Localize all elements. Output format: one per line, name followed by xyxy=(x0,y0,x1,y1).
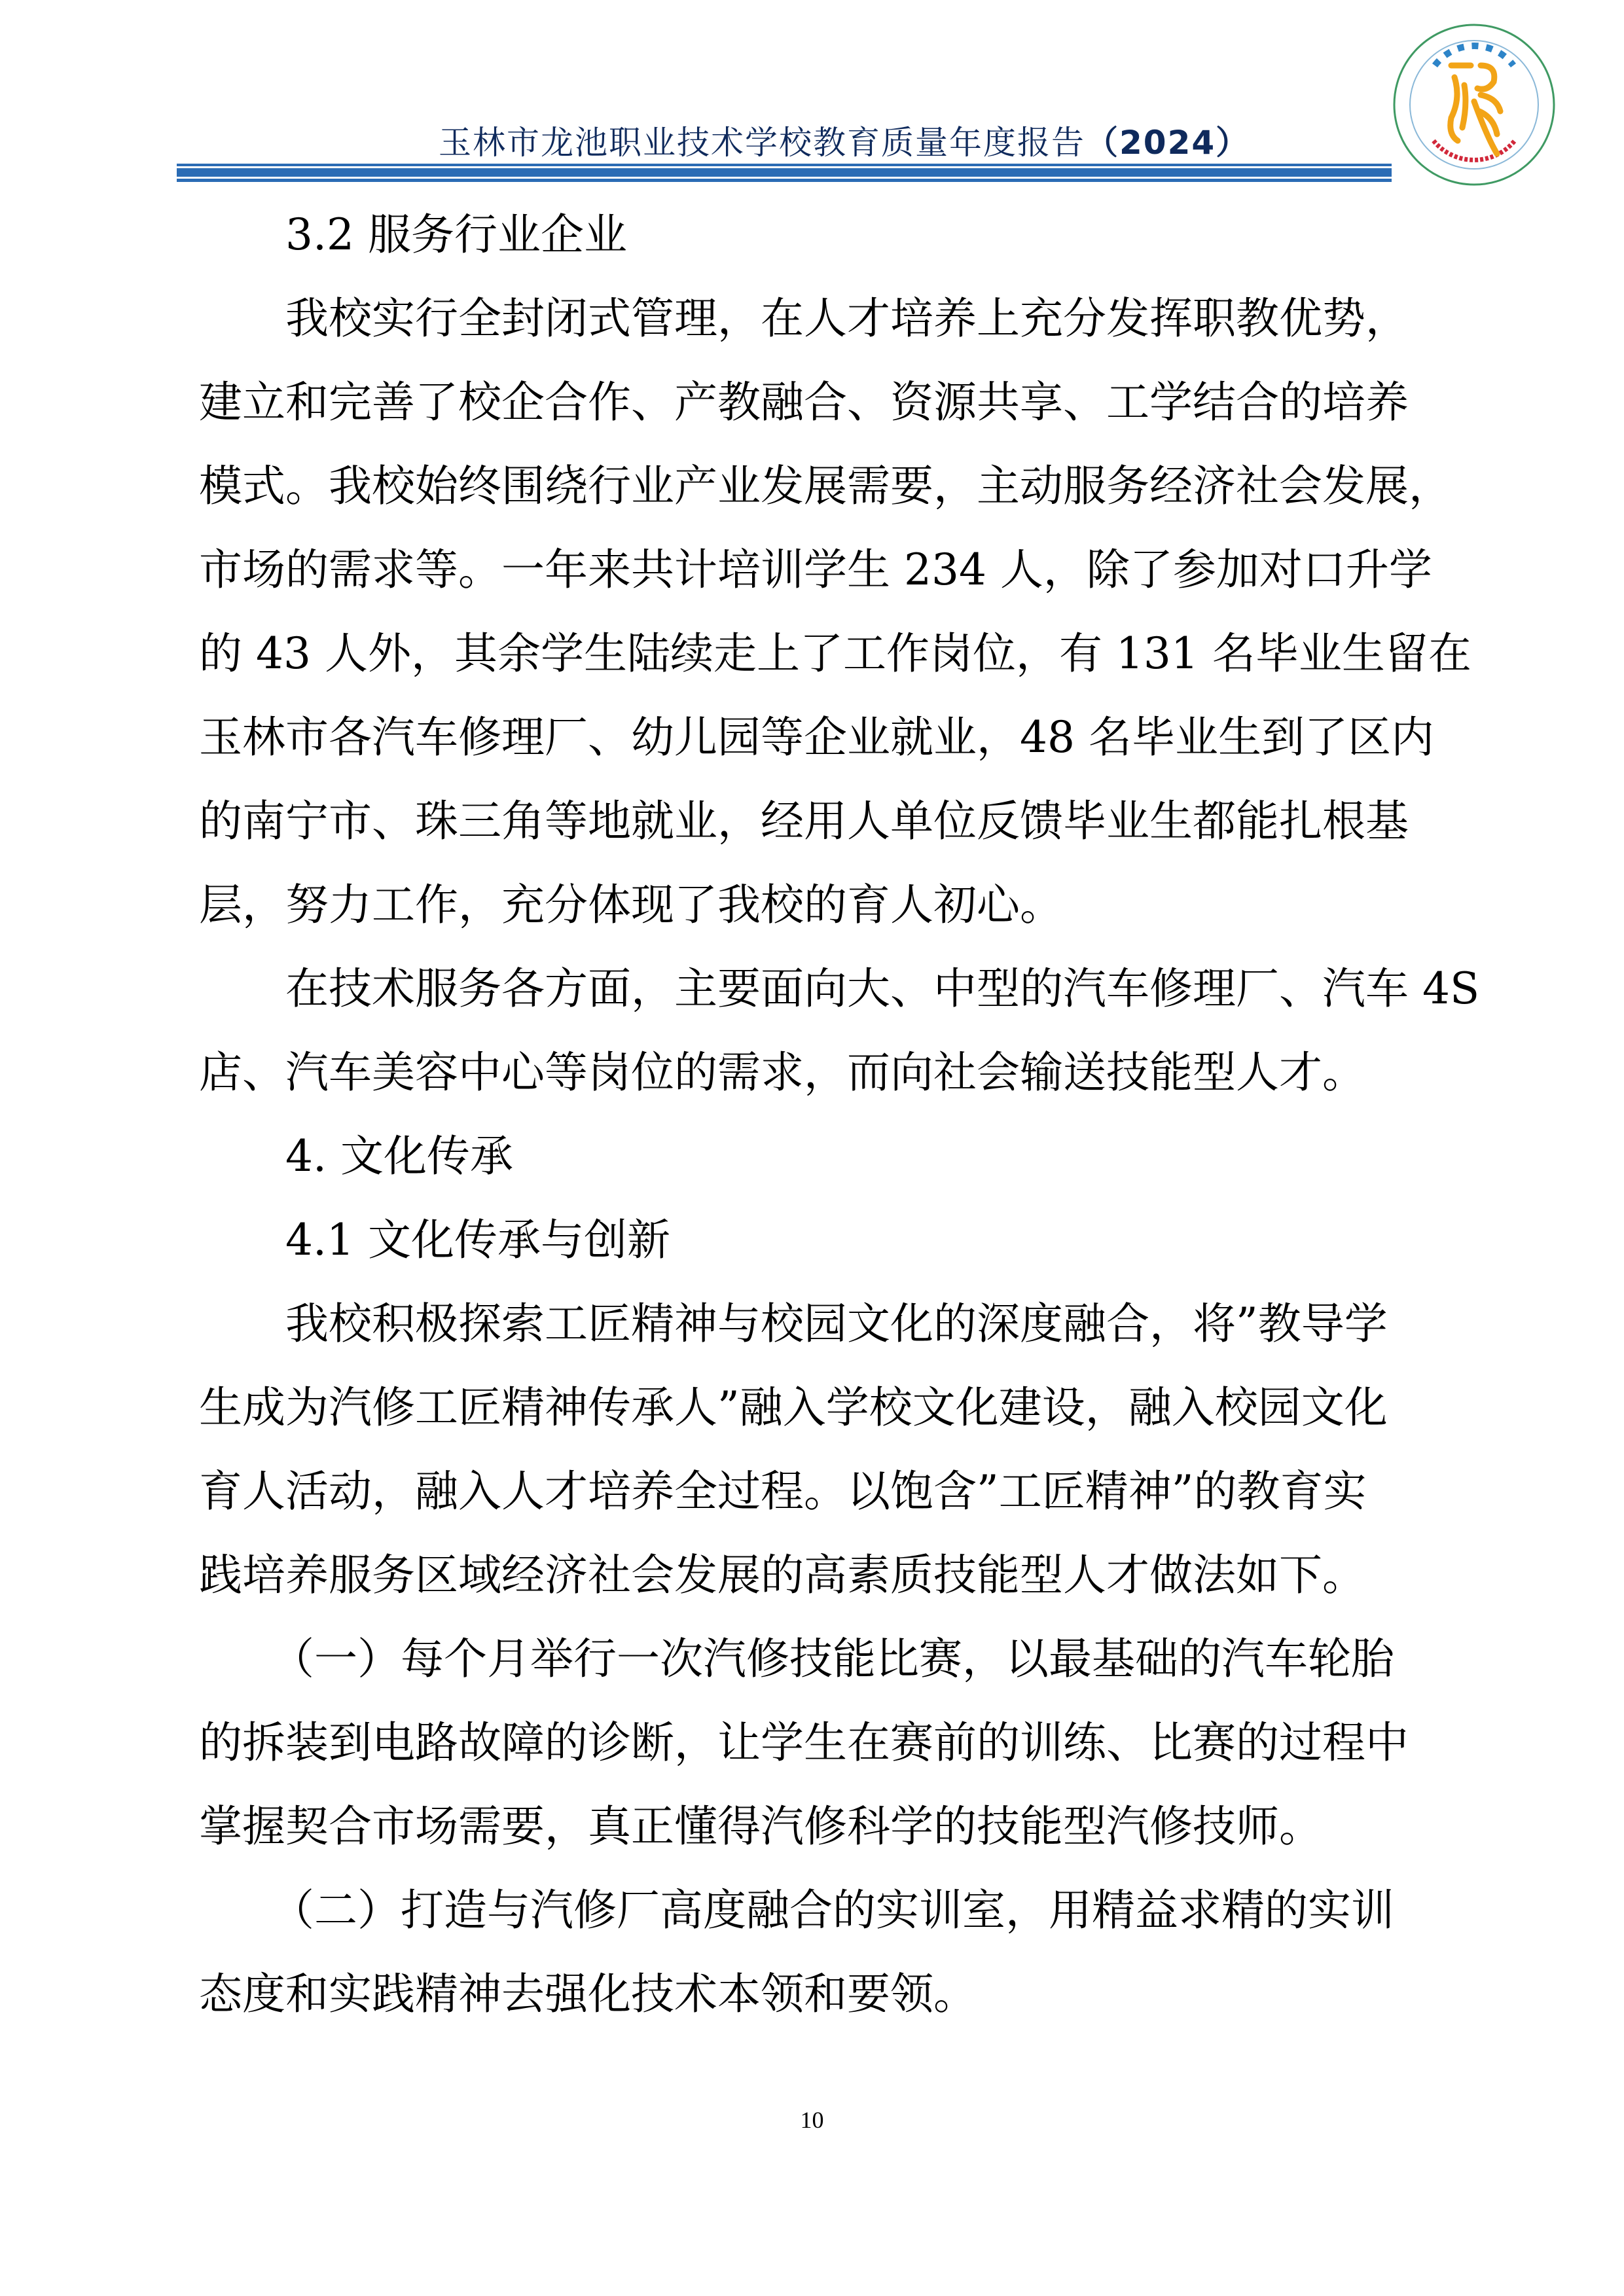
document-page: 玉林市龙池职业技术学校教育质量年度报告（2024） 3.2 服务行业企业 我校实… xyxy=(0,0,1624,2296)
paragraph-line: 我校积极探索工匠精神与校园文化的深度融合，将”教导学 xyxy=(199,1282,1443,1366)
header-year: （2024） xyxy=(1085,124,1250,162)
header-rule-top xyxy=(177,164,1392,166)
header-rule-middle xyxy=(177,168,1392,177)
paragraph-line: 态度和实践精神去强化技术本领和要领。 xyxy=(199,1952,1443,2036)
document-body: 3.2 服务行业企业 我校实行全封闭式管理，在人才培养上充分发挥职教优势， 建立… xyxy=(199,193,1443,2036)
paragraph-line: 模式。我校始终围绕行业产业发展需要，主动服务经济社会发展， xyxy=(199,444,1443,528)
page-number: 10 xyxy=(0,2106,1624,2134)
list-item-2: （二）打造与汽修厂高度融合的实训室，用精益求精的实训 xyxy=(199,1869,1443,1952)
paragraph-line: 的拆装到电路故障的诊断，让学生在赛前的训练、比赛的过程中 xyxy=(199,1701,1443,1785)
header-title: 玉林市龙池职业技术学校教育质量年度报告（2024） xyxy=(439,117,1224,164)
paragraph-line: 掌握契合市场需要，真正懂得汽修科学的技能型汽修技师。 xyxy=(199,1785,1443,1869)
paragraph-line: 的 43 人外，其余学生陆续走上了工作岗位，有 131 名毕业生留在 xyxy=(199,612,1443,696)
paragraph-line: 的南宁市、珠三角等地就业，经用人单位反馈毕业生都能扎根基 xyxy=(199,780,1443,863)
paragraph-line: 践培养服务区域经济社会发展的高素质技能型人才做法如下。 xyxy=(199,1534,1443,1617)
paragraph-line: 我校实行全封闭式管理，在人才培养上充分发挥职教优势， xyxy=(199,277,1443,361)
header-title-text: 玉林市龙池职业技术学校教育质量年度报告 xyxy=(439,124,1085,162)
paragraph-line: 育人活动，融入人才培养全过程。以饱含”工匠精神”的教育实 xyxy=(199,1450,1443,1534)
paragraph-line: 层，努力工作，充分体现了我校的育人初心。 xyxy=(199,863,1443,947)
paragraph-line: 建立和完善了校企合作、产教融合、资源共享、工学结合的培养 xyxy=(199,361,1443,444)
paragraph-line: 在技术服务各方面，主要面向大、中型的汽车修理厂、汽车 4S xyxy=(199,947,1443,1031)
section-heading-4-1: 4.1 文化传承与创新 xyxy=(199,1198,1443,1282)
paragraph-line: 店、汽车美容中心等岗位的需求，而向社会输送技能型人才。 xyxy=(199,1031,1443,1115)
list-item-1: （一）每个月举行一次汽修技能比赛，以最基础的汽车轮胎 xyxy=(199,1617,1443,1701)
school-emblem-icon xyxy=(1389,20,1559,190)
header-rule-bottom xyxy=(177,179,1392,182)
paragraph-line: 玉林市各汽车修理厂、幼儿园等企业就业，48 名毕业生到了区内 xyxy=(199,696,1443,780)
section-heading-4: 4. 文化传承 xyxy=(199,1115,1443,1198)
paragraph-line: 生成为汽修工匠精神传承人”融入学校文化建设，融入校园文化 xyxy=(199,1366,1443,1450)
section-heading-3-2: 3.2 服务行业企业 xyxy=(199,193,1443,277)
paragraph-line: 市场的需求等。一年来共计培训学生 234 人，除了参加对口升学 xyxy=(199,528,1443,612)
